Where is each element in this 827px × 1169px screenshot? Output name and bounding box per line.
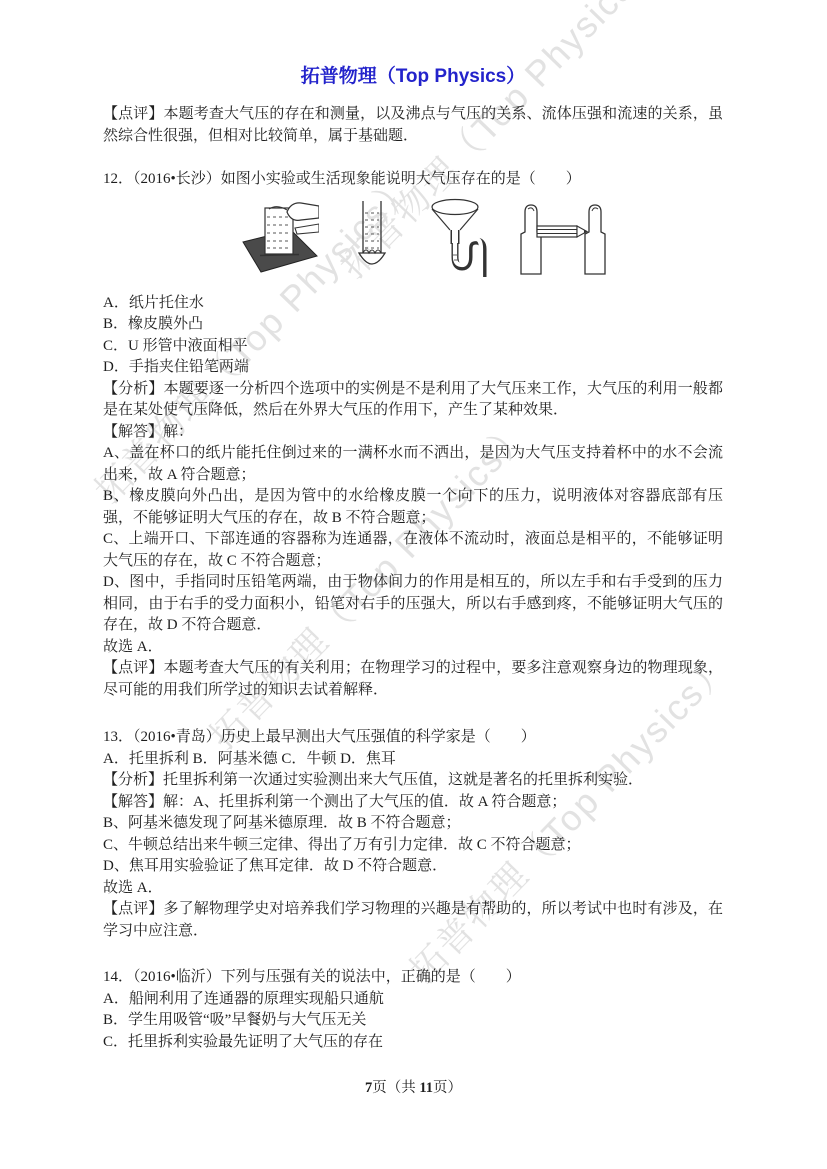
document-content: 拓普物理（Top Physics） 【点评】本题考查大气压的存在和测量，以及沸点… — [103, 64, 723, 1053]
question-12-analysis: 【分析】本题要逐一分析四个选项中的实例是不是利用了大气压来工作，大气压的利用一般… — [103, 379, 723, 422]
question-12-option-d: D．手指夹住铅笔两端 — [103, 357, 723, 379]
page-number-footer: 7页（共 11页） — [0, 1078, 827, 1099]
question-13-answer-item-d: D、焦耳用实验验证了焦耳定律．故 D 不符合题意． — [103, 856, 723, 878]
question-13-comment: 【点评】多了解物理学史对培养我们学习物理的兴趣是有帮助的，所以考试中也时有涉及，… — [103, 899, 723, 942]
question-13-answer-item-b: B、阿基米德发现了阿基米德原理．故 B 不符合题意； — [103, 813, 723, 835]
previous-question-comment: 【点评】本题考查大气压的存在和测量，以及沸点与气压的关系、流体压强和流速的关系，… — [103, 104, 723, 147]
section-gap — [103, 147, 723, 169]
question-14-option-a: A．船闸利用了连通器的原理实现船只通航 — [103, 989, 723, 1011]
question-12-answer-label: 【解答】解： — [103, 422, 723, 444]
question-12-figures — [241, 197, 723, 281]
question-12-answer-item-c: C、上端开口、下部连通的容器称为连通器，在液体不流动时，液面总是相平的，不能够证… — [103, 529, 723, 572]
total-page-number: 11 — [419, 1080, 433, 1096]
figure-fingers-pressing-pencil-ends — [519, 202, 607, 276]
question-12-conclusion: 故选 A． — [103, 637, 723, 659]
figure-funnel-u-tube-connected-vessel — [425, 197, 489, 281]
question-12-answer-item-d: D、图中，手指同时压铅笔两端，由于物体间力的作用是相互的，所以左手和右手受到的压… — [103, 572, 723, 637]
figure-tube-rubber-membrane-bulging — [349, 199, 395, 279]
document-page: 拓普物理（Top Physics） 拓普物理（Top Physics） 拓普物理… — [0, 0, 827, 1169]
question-13-answer-item-c: C、牛顿总结出来牛顿三定律、得出了万有引力定律．故 C 不符合题意； — [103, 835, 723, 857]
question-12-option-c: C．U 形管中液面相平 — [103, 336, 723, 358]
footer-text-middle: 页（共 — [372, 1080, 419, 1096]
question-13-options: A．托里拆利 B．阿基米德 C．牛顿 D．焦耳 — [103, 749, 723, 771]
question-13-answer-item-a: 【解答】解：A、托里拆利第一个测出了大气压的值．故 A 符合题意； — [103, 792, 723, 814]
question-13-conclusion: 故选 A． — [103, 878, 723, 900]
question-13-analysis: 【分析】托里拆利第一次通过实验测出来大气压值，这就是著名的托里拆利实验． — [103, 770, 723, 792]
question-14-title: 14．（2016•临沂）下列与压强有关的说法中，正确的是（ ） — [103, 967, 723, 989]
question-13-title: 13．（2016•青岛）历史上最早测出大气压强值的科学家是（ ） — [103, 727, 723, 749]
footer-text-suffix: 页） — [433, 1080, 462, 1096]
question-12-answer-item-b: B、橡皮膜向外凸出，是因为管中的水给橡皮膜一个向下的压力，说明液体对容器底部有压… — [103, 486, 723, 529]
question-12-title: 12．（2016•长沙）如图小实验或生活现象能说明大气压存在的是（ ） — [103, 169, 723, 191]
page-title: 拓普物理（Top Physics） — [103, 64, 723, 90]
question-12-option-a: A．纸片托住水 — [103, 293, 723, 315]
question-12-answer-item-a: A、盖在杯口的纸片能托住倒过来的一满杯水而不洒出，是因为大气压支持着杯中的水不会… — [103, 443, 723, 486]
section-gap — [103, 942, 723, 967]
section-gap — [103, 701, 723, 727]
question-12-comment: 【点评】本题考查大气压的有关利用；在物理学习的过程中，要多注意观察身边的物理现象… — [103, 658, 723, 701]
question-14-option-c: C．托里拆利实验最先证明了大气压的存在 — [103, 1032, 723, 1054]
question-12-option-b: B．橡皮膜外凸 — [103, 314, 723, 336]
figure-inverted-cup-paper-holds-water — [241, 198, 319, 280]
question-14-option-b: B．学生用吸管“吸”早餐奶与大气压无关 — [103, 1010, 723, 1032]
